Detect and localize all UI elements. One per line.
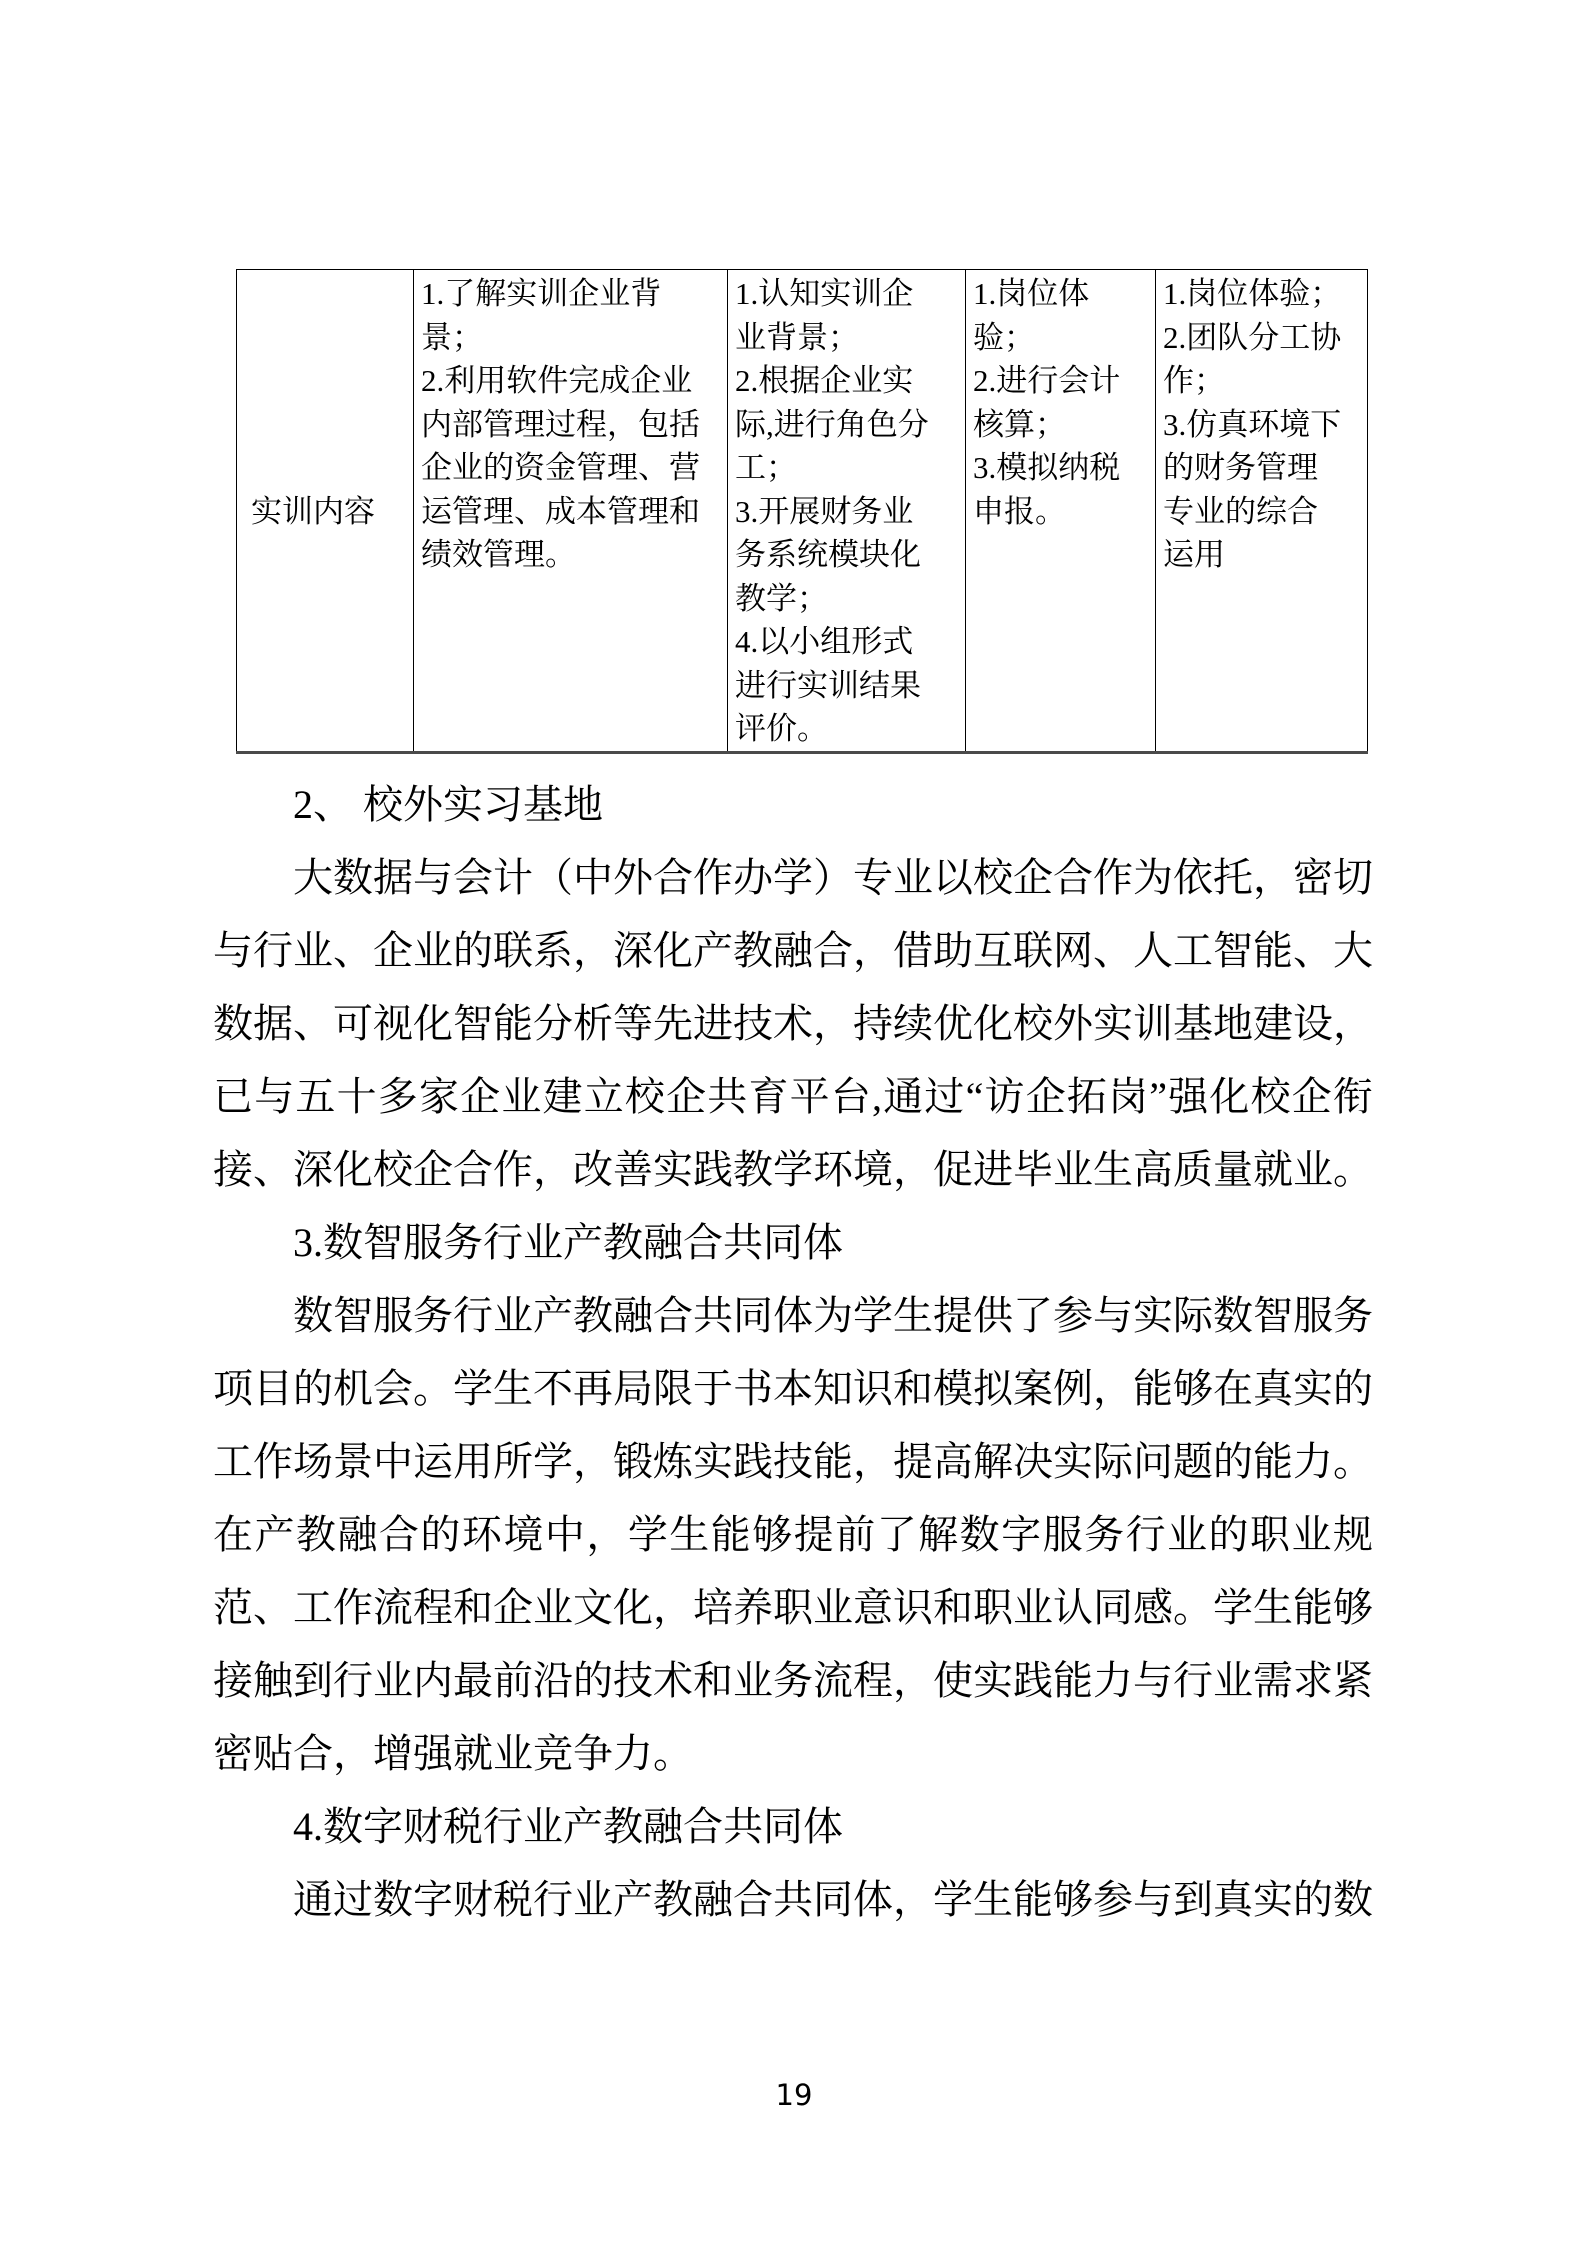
table-cell-line: 1.岗位体验； — [1163, 272, 1361, 316]
table-cell-line: 2.团队分工协 — [1163, 316, 1361, 360]
table-cell-line: 2.利用软件完成企业 — [421, 359, 721, 403]
table-cell-line: 1.认知实训企 — [735, 272, 959, 316]
table-cell-line: 3.模拟纳税 — [973, 446, 1149, 490]
table-cell-line: 专业的综合 — [1163, 490, 1361, 534]
section-paragraph-digital-tax: 通过数字财税行业产教融合共同体，学生能够参与到真实的数 — [213, 1863, 1373, 1936]
training-content-table: 实训内容 1.了解实训企业背景；2.利用软件完成企业内部管理过程，包括企业的资金… — [236, 269, 1368, 754]
table-cell-line: 验； — [973, 316, 1149, 360]
table-cell-line: 4.以小组形式 — [735, 620, 959, 664]
training-step-cell-3: 1.岗位体验；2.进行会计核算；3.模拟纳税申报。 — [966, 270, 1156, 753]
table-cell-line: 进行实训结果 — [735, 664, 959, 708]
document-body: 2、 校外实习基地 大数据与会计（中外合作办学）专业以校企合作为依托，密切与行业… — [213, 768, 1373, 1936]
table-cell-line: 运用 — [1163, 533, 1361, 577]
table-cell-line: 的财务管理 — [1163, 446, 1361, 490]
table-cell-line: 景； — [421, 316, 721, 360]
table-cell-line: 教学； — [735, 577, 959, 621]
table-cell-line: 企业的资金管理、营 — [421, 446, 721, 490]
document-page: 实训内容 1.了解实训企业背景；2.利用软件完成企业内部管理过程，包括企业的资金… — [0, 0, 1588, 2245]
table-cell-line: 作； — [1163, 359, 1361, 403]
table-cell-line: 内部管理过程，包括 — [421, 403, 721, 447]
table-cell-line: 运管理、成本管理和 — [421, 490, 721, 534]
table-cell-line: 务系统模块化 — [735, 533, 959, 577]
table-cell-line: 核算； — [973, 403, 1149, 447]
table-cell-line: 业背景； — [735, 316, 959, 360]
table-cell-line: 绩效管理。 — [421, 533, 721, 577]
table-cell-line: 3.仿真环境下 — [1163, 403, 1361, 447]
table-cell-line: 工； — [735, 446, 959, 490]
table-cell-line: 申报。 — [973, 490, 1149, 534]
table-cell-line: 3.开展财务业 — [735, 490, 959, 534]
training-step-cell-4: 1.岗位体验；2.团队分工协作；3.仿真环境下的财务管理专业的综合运用 — [1156, 270, 1368, 753]
table-cell-line: 2.进行会计 — [973, 359, 1149, 403]
section-paragraph-digital-service: 数智服务行业产教融合共同体为学生提供了参与实际数智服务项目的机会。学生不再局限于… — [213, 1279, 1373, 1790]
training-step-cell-1: 1.了解实训企业背景；2.利用软件完成企业内部管理过程，包括企业的资金管理、营运… — [414, 270, 728, 753]
training-step-cell-2: 1.认知实训企业背景；2.根据企业实际,进行角色分工；3.开展财务业务系统模块化… — [728, 270, 966, 753]
section-heading-digital-tax: 4.数字财税行业产教融合共同体 — [213, 1790, 1373, 1863]
training-content-label-cell: 实训内容 — [237, 270, 414, 753]
section-heading-offcampus: 2、 校外实习基地 — [213, 768, 1373, 841]
table-cell-line: 1.岗位体 — [973, 272, 1149, 316]
section-heading-digital-service: 3.数智服务行业产教融合共同体 — [213, 1206, 1373, 1279]
table-cell-line: 2.根据企业实 — [735, 359, 959, 403]
page-number: 19 — [0, 2078, 1588, 2112]
table-cell-line: 1.了解实训企业背 — [421, 272, 721, 316]
table-cell-line: 评价。 — [735, 707, 959, 751]
table-cell-line: 际,进行角色分 — [735, 403, 959, 447]
table-row: 实训内容 1.了解实训企业背景；2.利用软件完成企业内部管理过程，包括企业的资金… — [237, 270, 1368, 753]
section-paragraph-offcampus: 大数据与会计（中外合作办学）专业以校企合作为依托，密切与行业、企业的联系，深化产… — [213, 841, 1373, 1206]
